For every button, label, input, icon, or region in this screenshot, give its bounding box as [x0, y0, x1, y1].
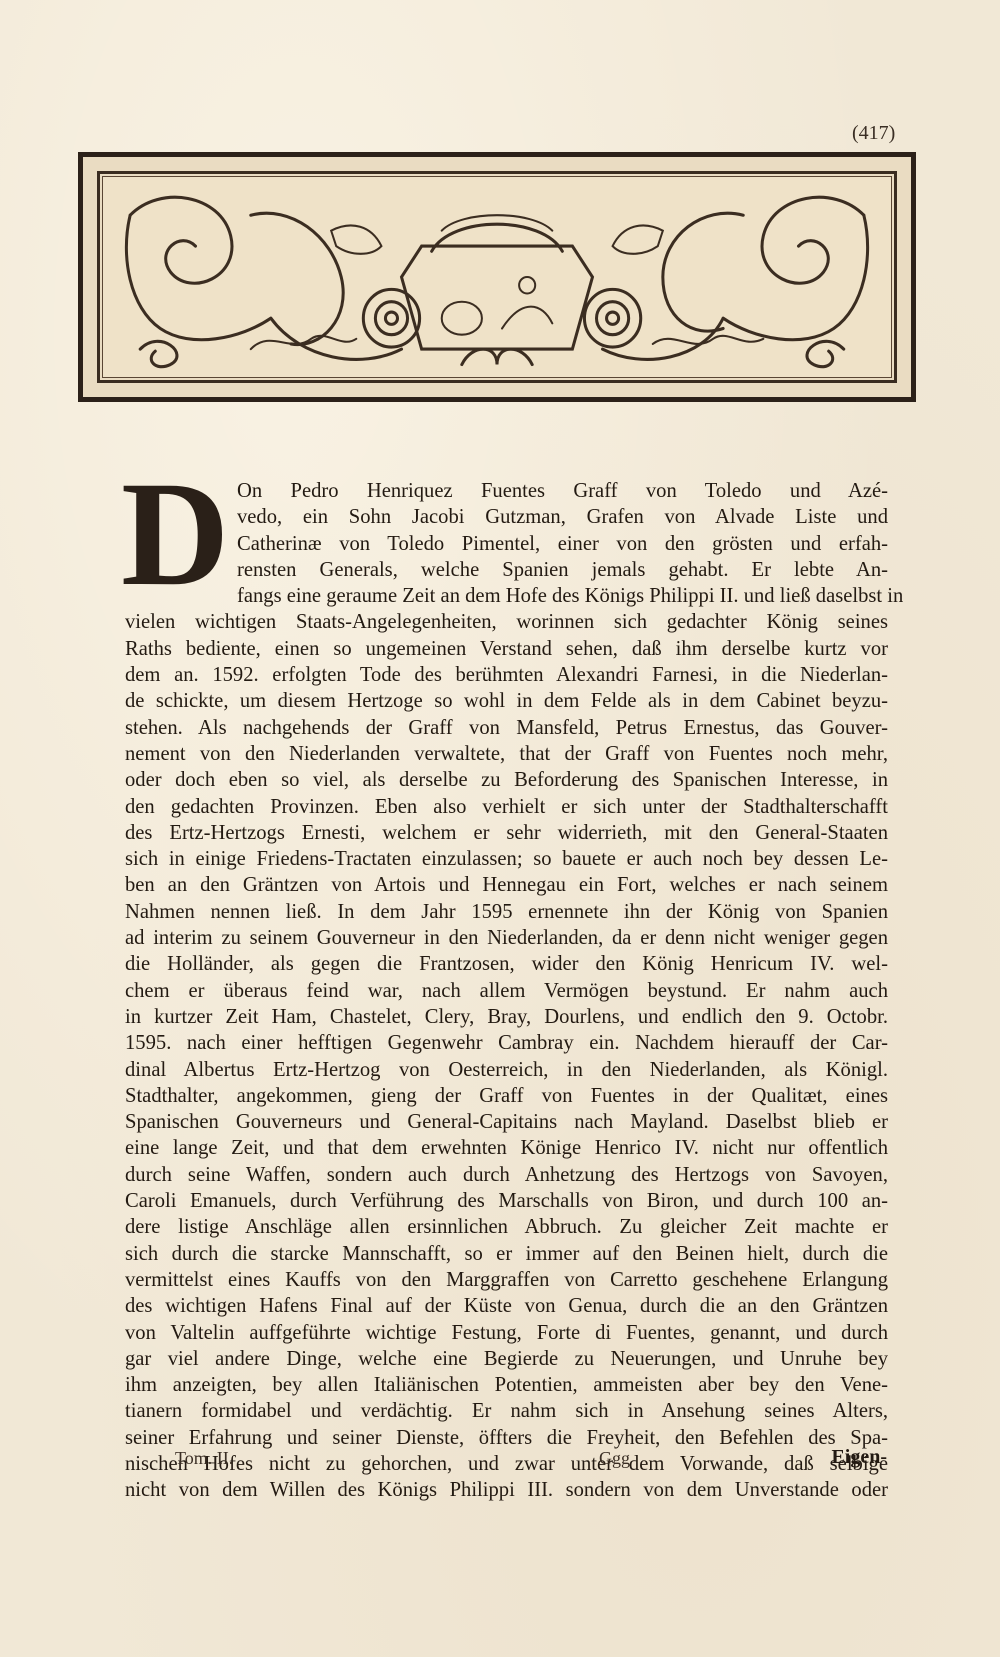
text-line: dere listige Anschläge allen ersinnliche…	[125, 1214, 888, 1240]
text-line: de schickte, um diesem Hertzoge so wohl …	[125, 688, 888, 714]
text-line: in kurtzer Zeit Ham, Chastelet, Clery, B…	[125, 1004, 888, 1030]
text-line: vielen wichtigen Staats-Angelegenheiten,…	[125, 609, 888, 635]
text-line: den gedachten Provinzen. Eben also verhi…	[125, 794, 888, 820]
text-line: ihm anzeigten, bey allen Italiänischen P…	[125, 1372, 888, 1398]
text-line: tianern formidabel und verdächtig. Er na…	[125, 1398, 888, 1424]
body-text: D On Pedro Henriquez Fuentes Graff von T…	[125, 478, 888, 1504]
text-line: die Holländer, als gegen die Frantzosen,…	[125, 951, 888, 977]
text-line: des wichtigen Hafens Final auf der Küste…	[125, 1293, 888, 1319]
text-line: stehen. Als nachgehends der Graff von Ma…	[125, 715, 888, 741]
text-line: chem er überaus feind war, nach allem Ve…	[125, 978, 888, 1004]
text-line: rensten Generals, welche Spanien jemals …	[125, 557, 888, 583]
text-line: Nahmen nennen ließ. In dem Jahr 1595 ern…	[125, 899, 888, 925]
text-line: ad interim zu seinem Gouverneur in den N…	[125, 925, 888, 951]
volume-label: Tom. II.	[175, 1448, 233, 1469]
ornament-scrollwork-icon	[100, 174, 894, 380]
text-line: Caroli Emanuels, durch Verführung des Ma…	[125, 1188, 888, 1214]
text-line: dem an. 1592. erfolgten Tode des berühmt…	[125, 662, 888, 688]
text-line: ben an den Gräntzen von Artois und Henne…	[125, 872, 888, 898]
text-line: dinal Albertus Ertz-Hertzog von Oesterre…	[125, 1057, 888, 1083]
text-line: 1595. nach einer hefftigen Gegenwehr Cam…	[125, 1030, 888, 1056]
text-line: Stadthalter, angekommen, gieng der Graff…	[125, 1083, 888, 1109]
text-line: fangs eine geraume Zeit an dem Hofe des …	[125, 583, 888, 609]
text-line: vermittelst eines Kauffs von den Marggra…	[125, 1267, 888, 1293]
text-line: nement von den Niederlanden verwaltete, …	[125, 741, 888, 767]
text-line: gar viel andere Dinge, welche eine Begie…	[125, 1346, 888, 1372]
text-line: durch seine Waffen, sondern auch durch A…	[125, 1162, 888, 1188]
drop-cap-initial: D	[121, 478, 233, 590]
text-line: sich in einige Friedens-Tractaten einzul…	[125, 846, 888, 872]
signature-mark: Ggg	[599, 1448, 630, 1469]
text-line: des Ertz-Hertzogs Ernesti, welchem er se…	[125, 820, 888, 846]
headpiece-inner-frame	[97, 171, 897, 383]
text-line: sich durch die starcke Mannschafft, so e…	[125, 1241, 888, 1267]
page-number: (417)	[852, 122, 895, 145]
text-line: Catherinæ von Toledo Pimentel, einer von…	[125, 531, 888, 557]
text-line: nicht von dem Willen des Königs Philippi…	[125, 1477, 888, 1503]
text-line: vedo, ein Sohn Jacobi Gutzman, Grafen vo…	[125, 504, 888, 530]
text-line: oder doch eben so viel, als derselbe zu …	[125, 767, 888, 793]
text-line: eine lange Zeit, und that dem erwehnten …	[125, 1135, 888, 1161]
text-line: On Pedro Henriquez Fuentes Graff von Tol…	[125, 478, 888, 504]
ornamental-headpiece	[78, 152, 916, 402]
catchword: Eigen-	[831, 1446, 887, 1469]
text-line: Raths bediente, einen so ungemeinen Vers…	[125, 636, 888, 662]
page-footer: Tom. II. Ggg Eigen-	[175, 1448, 875, 1474]
text-line: von Valtelin auffgeführte wichtige Festu…	[125, 1320, 888, 1346]
text-line: Spanischen Gouverneurs und General-Capit…	[125, 1109, 888, 1135]
